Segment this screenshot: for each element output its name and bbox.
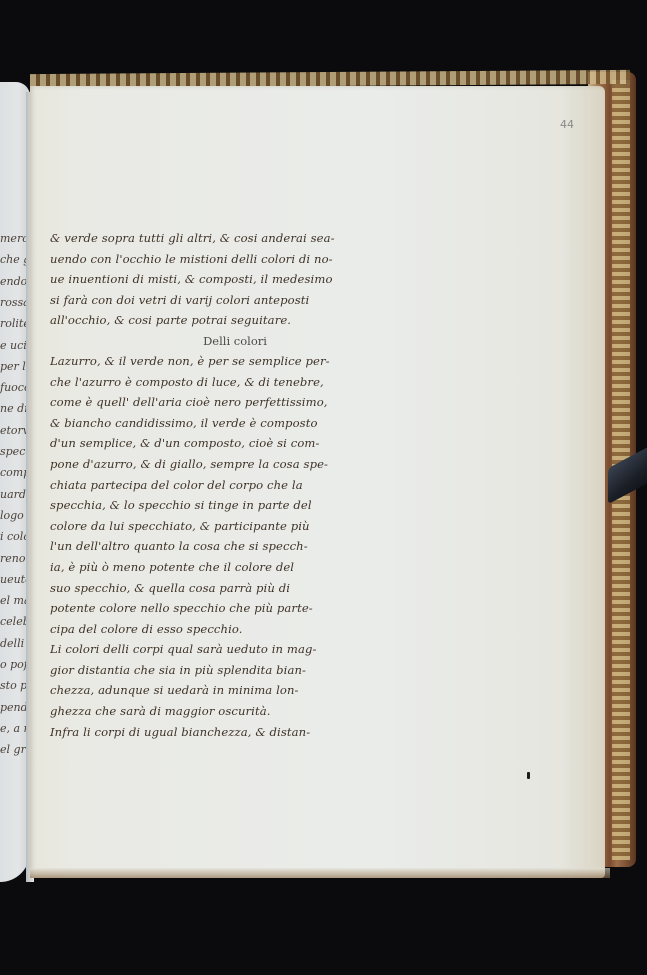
manuscript-text: & verde sopra tutti gli altri, & cosi an… <box>50 228 390 742</box>
text-line: potente colore nello specchio che più pa… <box>50 598 390 619</box>
text-line: cipa del colore di esso specchio. <box>50 619 390 640</box>
text-line: gior distantia che sia in più splendita … <box>50 660 390 681</box>
text-line: colore da lui specchiato, & participante… <box>50 516 390 537</box>
text-line: & verde sopra tutti gli altri, & cosi an… <box>50 228 390 249</box>
text-line: Lazurro, & il verde non, è per se sempli… <box>50 351 390 372</box>
text-line: che l'azurro è composto di luce, & di te… <box>50 372 390 393</box>
folio-number: 44 <box>560 118 574 131</box>
text-line: suo specchio, & quella cosa parrà più di <box>50 578 390 599</box>
text-line: specchia, & lo specchio si tinge in part… <box>50 495 390 516</box>
text-line: ia, è più ò meno potente che il colore d… <box>50 557 390 578</box>
text-line: pone d'azurro, & di giallo, sempre la co… <box>50 454 390 475</box>
text-line: chezza, adunque si uedarà in minima lon- <box>50 680 390 701</box>
text-line: Infra li corpi di ugual bianchezza, & di… <box>50 722 390 743</box>
text-line: ue inuentioni di misti, & composti, il m… <box>50 269 390 290</box>
ink-spot <box>527 772 530 779</box>
text-line: chiata partecipa del color del corpo che… <box>50 475 390 496</box>
text-line: & biancho candidissimo, il verde è compo… <box>50 413 390 434</box>
text-line: Li colori delli corpi qual sarà ueduto i… <box>50 639 390 660</box>
text-line: d'un semplice, & d'un composto, cioè si … <box>50 433 390 454</box>
text-line: all'occhio, & cosi parte potrai seguitar… <box>50 310 390 331</box>
text-line: ghezza che sarà di maggior oscurità. <box>50 701 390 722</box>
page-bottom-edge <box>30 868 610 878</box>
text-line: si farà con doi vetri di varij colori an… <box>50 290 390 311</box>
text-line: come è quell' dell'aria cioè nero perfet… <box>50 392 390 413</box>
text-line: uendo con l'occhio le mistioni delli col… <box>50 249 390 270</box>
text-line: l'un dell'altro quanto la cosa che si sp… <box>50 536 390 557</box>
section-heading: Delli colori <box>50 331 390 351</box>
